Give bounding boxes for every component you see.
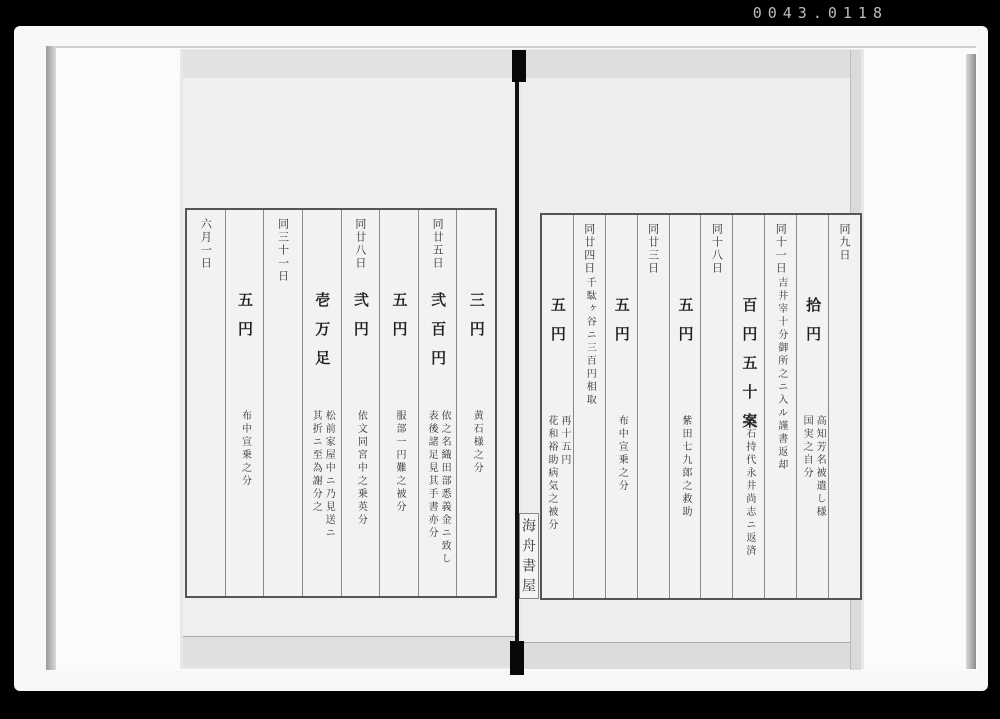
entry-note: 黄石様之分: [471, 410, 481, 475]
entry-note: 花和裕助病気之被分: [546, 415, 556, 532]
entry-note: 再十五円: [559, 415, 569, 532]
left-page-top-margin: [183, 50, 518, 79]
entry-note: 庭石持代永井尚志ニ返済: [744, 415, 754, 558]
entry-date: 同三十一日: [278, 218, 289, 283]
ledger-column: 同十一日吉井宰十分御所之ニ入ル謹書返却: [764, 215, 796, 598]
right-page-bottom-margin: [522, 642, 860, 669]
ledger-column: 五円再十五円花和裕助病気之被分: [542, 215, 573, 598]
entry-date: 同廿五日: [432, 218, 443, 270]
ledger-column: 同廿三日: [637, 215, 669, 598]
collector-seal-stamp: 海舟書屋: [519, 513, 539, 599]
entry-note: 紫田七九郎之救助: [680, 415, 690, 519]
entry-note: 松前家屋中ニ乃見送ニ: [323, 410, 333, 540]
entry-amount: 壱万足: [314, 292, 329, 379]
entry-note: 服部一円難之被分: [394, 410, 404, 514]
entry-date: 同十一日: [775, 223, 786, 275]
entry-note: 表後諸足見其手書亦分: [426, 410, 436, 566]
ledger-column: 五円布中宣乗之分: [605, 215, 637, 598]
ledger-column: 五円紫田七九郎之救助: [669, 215, 701, 598]
ledger-column: 同廿五日弐百円依之名織田部悉義金ニ致し表後諸足見其手書亦分: [418, 210, 457, 596]
entry-note: 千駄ヶ谷ニ三百円相取: [584, 277, 594, 407]
entry-date: 同九日: [839, 223, 850, 262]
microfilm-frame-counter: 0043.0118: [753, 4, 888, 22]
entry-amount: 弐円: [353, 292, 368, 350]
entry-amount: 弐百円: [430, 292, 445, 379]
right-page-top-margin: [522, 50, 860, 81]
ledger-column: 六月一日: [187, 210, 225, 596]
ledger-column: 壱万足松前家屋中ニ乃見送ニ其折ニ至為謝分之: [302, 210, 341, 596]
entry-note: 依之名織田部悉義金ニ致し: [439, 410, 449, 566]
entry-note: 高知芳名被遣し様: [814, 415, 824, 519]
ledger-column: 同九日: [828, 215, 860, 598]
plate-left-edge: [46, 46, 56, 670]
ledger-column: 五円布中宣乗之分: [225, 210, 264, 596]
entry-date: 同廿八日: [355, 218, 366, 270]
ledger-column: 同廿四日千駄ヶ谷ニ三百円相取: [573, 215, 605, 598]
right-ledger-grid: 同九日拾円高知芳名被遣し様国実之自分同十一日吉井宰十分御所之ニ入ル謹書返却百円五…: [540, 213, 862, 600]
entry-amount: 三円: [469, 292, 484, 350]
ledger-column: 同廿八日弐円依文同宮中之乗英分: [341, 210, 380, 596]
left-page-bottom-margin: [183, 636, 518, 667]
entry-amount: 五円: [391, 292, 406, 350]
spine-clip-bottom: [510, 641, 524, 675]
entry-note: 其折ニ至為謝分之: [310, 410, 320, 540]
left-ledger-grid: 三円黄石様之分同廿五日弐百円依之名織田部悉義金ニ致し表後諸足見其手書亦分五円服部…: [185, 208, 497, 598]
entry-amount: 五円: [614, 297, 629, 355]
entry-date: 同十八日: [711, 223, 722, 275]
entry-note: 吉井宰十分御所之ニ入ル謹書返却: [776, 277, 786, 472]
entry-note: 依文同宮中之乗英分: [355, 410, 365, 527]
entry-date: 同廿三日: [648, 223, 659, 275]
entry-amount: 拾円: [805, 297, 820, 355]
plate-right-edge: [966, 54, 976, 669]
ledger-column: 拾円高知芳名被遣し様国実之自分: [796, 215, 828, 598]
entry-amount: 五円: [237, 292, 252, 350]
ledger-column: 百円五十案庭石持代永井尚志ニ返済: [732, 215, 764, 598]
ledger-column: 同三十一日: [263, 210, 302, 596]
plate-top-edge: [56, 46, 976, 48]
entry-note: 布中宣乗之分: [616, 415, 626, 493]
ledger-column: 同十八日: [700, 215, 732, 598]
entry-date: 同廿四日: [584, 223, 595, 275]
entry-date: 六月一日: [200, 218, 211, 270]
spine-clip-top: [512, 50, 526, 82]
entry-note: 布中宣乗之分: [239, 410, 249, 488]
ledger-column: 五円服部一円難之被分: [379, 210, 418, 596]
entry-amount: 五円: [550, 297, 565, 355]
ledger-column: 三円黄石様之分: [456, 210, 495, 596]
entry-note: 国実之自分: [801, 415, 811, 519]
entry-amount: 五円: [678, 297, 693, 355]
